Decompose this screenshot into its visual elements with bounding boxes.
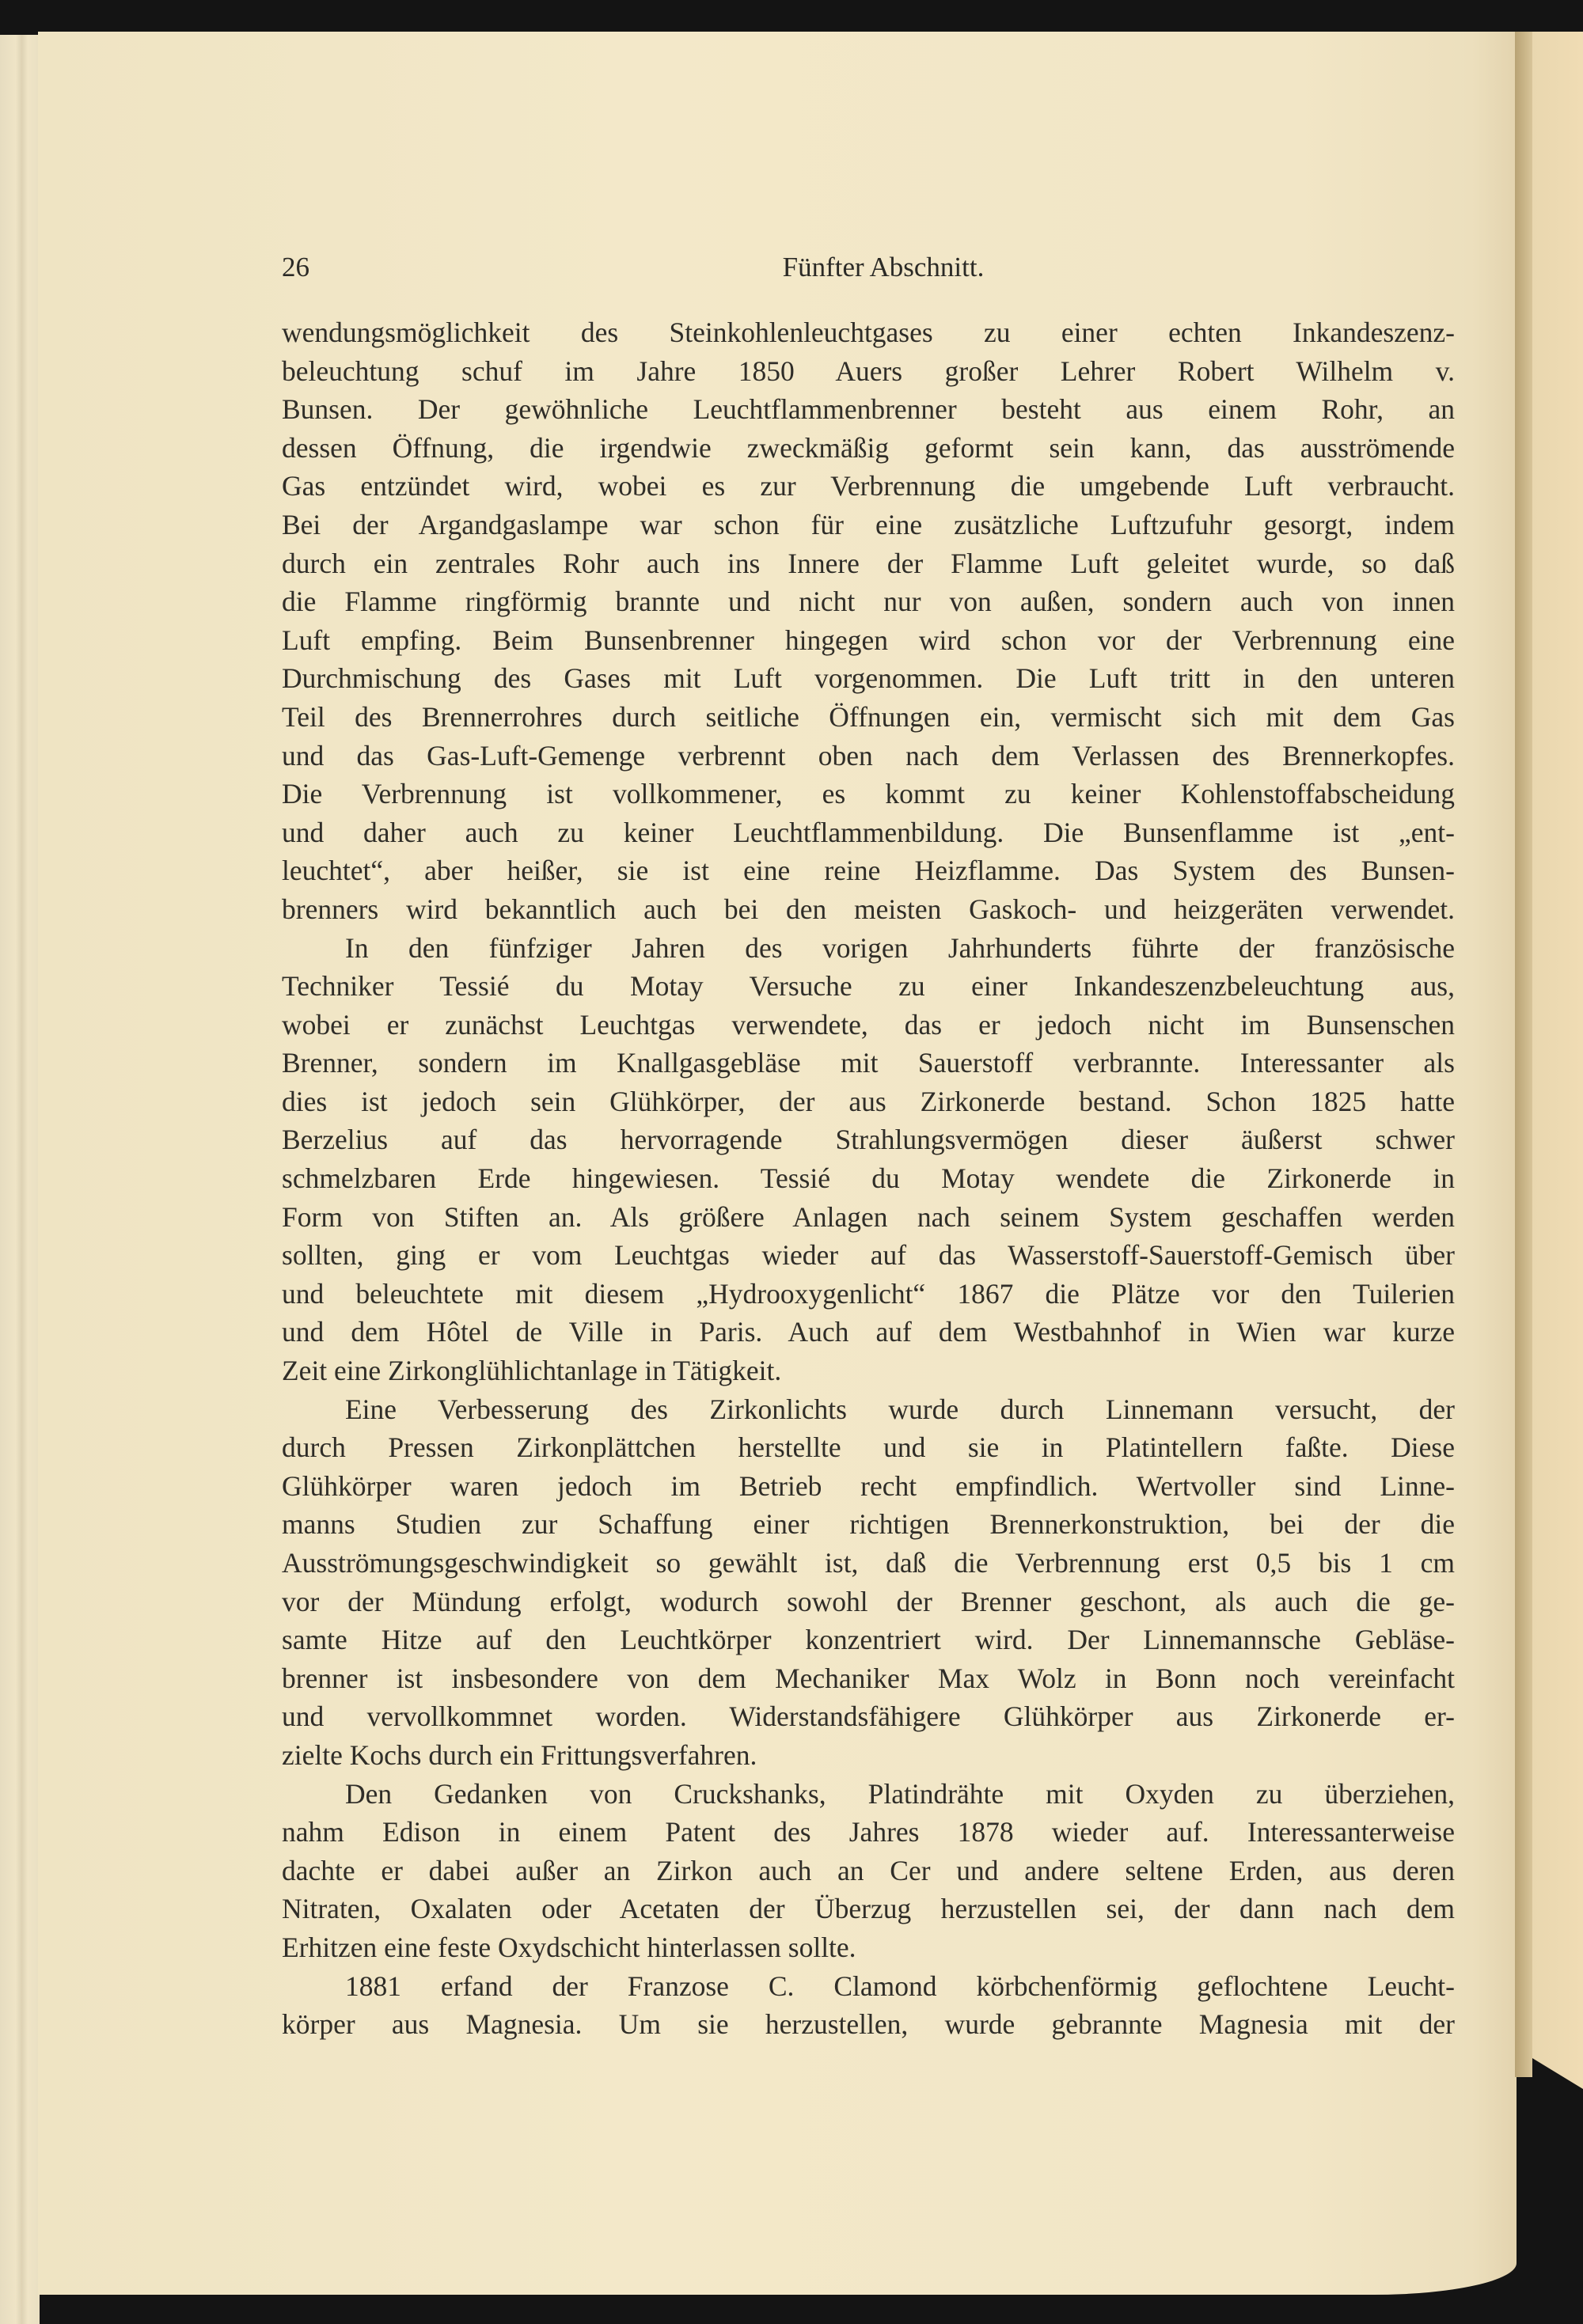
text-line: vor der Mündung erfolgt, wodurch sowohl … xyxy=(282,1583,1455,1621)
text-line: Zeit eine Zirkonglühlichtanlage in Tätig… xyxy=(282,1352,1455,1390)
text-line: körper aus Magnesia. Um sie herzustellen… xyxy=(282,2005,1455,2044)
text-line: Nitraten, Oxalaten oder Acetaten der Übe… xyxy=(282,1890,1455,1928)
text-line: wendungsmöglichkeit des Steinkohlenleuch… xyxy=(282,313,1455,352)
text-line: dies ist jedoch sein Glühkörper, der aus… xyxy=(282,1082,1455,1121)
text-line: Glühkörper waren jedoch im Betrieb recht… xyxy=(282,1467,1455,1506)
text-line: Luft empfing. Beim Bunsenbrenner hingege… xyxy=(282,621,1455,660)
text-line: Bei der Argandgaslampe war schon für ein… xyxy=(282,506,1455,544)
text-line: und das Gas-Luft-Gemenge verbrennt oben … xyxy=(282,737,1455,775)
text-line: samte Hitze auf den Leuchtkörper konzent… xyxy=(282,1621,1455,1659)
running-head: Fünfter Abschnitt. xyxy=(282,252,1453,283)
text-line: Bunsen. Der gewöhnliche Leuchtflammenbre… xyxy=(282,390,1455,429)
text-line: und dem Hôtel de Ville in Paris. Auch au… xyxy=(282,1313,1455,1352)
text-line: Ausströmungsgeschwindigkeit so gewählt i… xyxy=(282,1544,1455,1583)
text-line: sollten, ging er vom Leuchtgas wieder au… xyxy=(282,1236,1455,1275)
text-line: dachte er dabei außer an Zirkon auch an … xyxy=(282,1852,1455,1890)
text-line: die Flamme ringförmig brannte und nicht … xyxy=(282,582,1455,621)
text-line: schmelzbaren Erde hingewiesen. Tessié du… xyxy=(282,1159,1455,1198)
text-line: manns Studien zur Schaffung einer richti… xyxy=(282,1505,1455,1544)
text-line: Erhitzen eine feste Oxydschicht hinterla… xyxy=(282,1928,1455,1967)
text-line: und daher auch zu keiner Leuchtflammenbi… xyxy=(282,813,1455,852)
page-gutter-shadow xyxy=(1515,32,1532,2077)
text-line: nahm Edison in einem Patent des Jahres 1… xyxy=(282,1813,1455,1852)
text-line: Durchmischung des Gases mit Luft vorgeno… xyxy=(282,659,1455,698)
text-line: Teil des Brennerrohres durch seitliche Ö… xyxy=(282,698,1455,737)
text-line: Die Verbrennung ist vollkommener, es kom… xyxy=(282,775,1455,813)
next-page-edge xyxy=(1532,32,1583,2089)
text-line: durch ein zentrales Rohr auch ins Innere… xyxy=(282,544,1455,583)
body-text: wendungsmöglichkeit des Steinkohlenleuch… xyxy=(282,313,1455,2044)
text-line: beleuchtung schuf im Jahre 1850 Auers gr… xyxy=(282,352,1455,391)
text-line: Eine Verbesserung des Zirkonlichts wurde… xyxy=(282,1390,1455,1429)
text-line: 1881 erfand der Franzose C. Clamond körb… xyxy=(282,1967,1455,2006)
text-line: zielte Kochs durch ein Frittungsverfahre… xyxy=(282,1736,1455,1775)
text-line: Gas entzündet wird, wobei es zur Verbren… xyxy=(282,467,1455,506)
text-line: brenners wird bekanntlich auch bei den m… xyxy=(282,890,1455,929)
text-line: leuchtet“, aber heißer, sie ist eine rei… xyxy=(282,851,1455,890)
text-line: Brenner, sondern im Knallgasgebläse mit … xyxy=(282,1044,1455,1082)
text-line: brenner ist insbesondere von dem Mechani… xyxy=(282,1659,1455,1698)
text-line: durch Pressen Zirkonplättchen herstellte… xyxy=(282,1428,1455,1467)
page-header: 26 Fünfter Abschnitt. xyxy=(282,252,1453,291)
text-line: dessen Öffnung, die irgendwie zweckmäßig… xyxy=(282,429,1455,468)
text-line: wobei er zunächst Leuchtgas verwendete, … xyxy=(282,1006,1455,1044)
left-page-stack-edge xyxy=(0,35,40,2324)
text-line: und beleuchtete mit diesem „Hydrooxygenl… xyxy=(282,1275,1455,1314)
text-line: Techniker Tessié du Motay Versuche zu ei… xyxy=(282,967,1455,1006)
text-line: In den fünfziger Jahren des vorigen Jahr… xyxy=(282,929,1455,968)
text-line: Den Gedanken von Cruckshanks, Platindräh… xyxy=(282,1775,1455,1814)
text-line: und vervollkommnet worden. Widerstandsfä… xyxy=(282,1697,1455,1736)
text-line: Form von Stiften an. Als größere Anlagen… xyxy=(282,1198,1455,1237)
text-line: Berzelius auf das hervorragende Strahlun… xyxy=(282,1120,1455,1159)
